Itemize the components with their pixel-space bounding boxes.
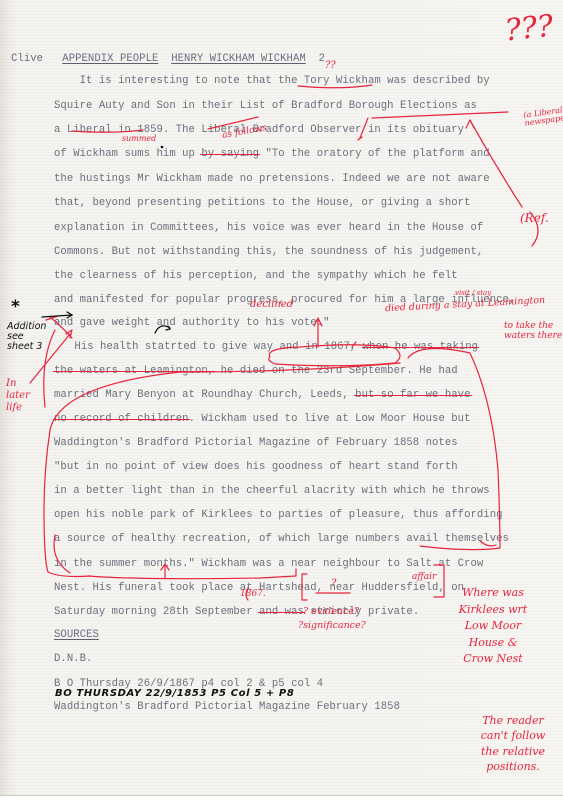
body-line: in a better light than in the cheerful a…: [54, 485, 490, 497]
source-item: Waddington's Bradford Pictorial Magazine…: [54, 701, 400, 713]
body-line: married Mary Benyon at Roundhay Church, …: [54, 389, 471, 401]
annotation-year: 1867.: [240, 590, 266, 599]
annotation-queries: ???: [504, 12, 555, 47]
asterisk-marker: *: [11, 299, 20, 317]
struck-text: when he was taking: [363, 341, 478, 353]
annotation-ref: (Ref.: [520, 212, 549, 224]
annotation-significance: ?significance?: [298, 621, 366, 631]
body-line: of Wickham sums him up by saying "To the…: [54, 148, 490, 160]
body-line: the clearness of his perception, and the…: [54, 270, 458, 282]
section-title: APPENDIX PEOPLE: [62, 53, 158, 65]
body-line: His health statrted to give way and in 1…: [68, 341, 478, 353]
annotation-question: ?: [331, 579, 336, 589]
struck-text: and was: [259, 606, 304, 618]
body-line: "but in no point of view does his goodne…: [54, 461, 458, 473]
author-label: Clive: [11, 53, 43, 65]
body-line: Waddington's Bradford Pictorial Magazine…: [54, 437, 458, 449]
subject-title: HENRY WICKHAM WICKHAM: [171, 53, 306, 65]
body-line: a source of healthy recreation, of which…: [54, 533, 509, 545]
annotation-reader-cant-follow: The reader can't follow the relative pos…: [478, 713, 548, 775]
struck-text: by saying: [201, 148, 259, 160]
body-line: the waters at Leamington, he died on the…: [54, 365, 458, 377]
body-line: in the summer months." Wickham was a nea…: [54, 558, 483, 570]
struck-text: but so far we have: [355, 389, 470, 401]
annotation-summed: summed: [122, 135, 156, 143]
body-line: the hustings Mr Wickham made no pretensi…: [54, 173, 490, 185]
body-line: that, beyond presenting petitions to the…: [54, 197, 470, 209]
annotation-tory-query: ??: [325, 61, 336, 71]
annotation-addition-see-sheet: Addition see sheet 3: [7, 322, 53, 352]
body-line: Squire Auty and Son in their List of Bra…: [54, 100, 477, 112]
document-page: Clive APPENDIX PEOPLE HENRY WICKHAM WICK…: [0, 0, 563, 796]
struck-text: the waters at Leamington,: [54, 365, 214, 377]
annotation-evidence: ? evidence?: [303, 607, 359, 617]
body-line: Commons. But not withstanding this, the …: [54, 246, 483, 258]
body-line: It is interesting to note that the Tory …: [54, 75, 490, 87]
sources-heading: SOURCES: [54, 629, 99, 641]
page-header: Clive APPENDIX PEOPLE HENRY WICKHAM WICK…: [11, 53, 325, 65]
annotation-affair: affair: [412, 573, 436, 582]
handwritten-source-addition: BO THURSDAY 22/9/1853 P5 Col 5 + P8: [55, 689, 294, 700]
annotation-in-later-life: In later life: [6, 378, 32, 414]
annotation-kirklees-location: Where was Kirklees wrt Low Moor House & …: [458, 585, 528, 668]
annotation-visit-stay: visit / stay: [455, 290, 491, 297]
source-item: D.N.B.: [54, 653, 92, 665]
body-line: Saturday morning 28th September and was …: [54, 606, 419, 618]
struck-text: no record of children: [54, 413, 189, 425]
body-line: and gave weight and authority to his vot…: [54, 317, 330, 329]
body-line: no record of children. Wickham used to l…: [54, 413, 470, 425]
body-line: explanation in Committees, his voice was…: [54, 222, 483, 234]
body-line: open his noble park of Kirklees to parti…: [54, 509, 503, 521]
annotation-declined: declined: [250, 300, 293, 310]
annotation-take-waters: to take the waters there: [504, 322, 563, 342]
annotation-liberal-newspaper: (a Liberal newspaper): [523, 106, 563, 128]
